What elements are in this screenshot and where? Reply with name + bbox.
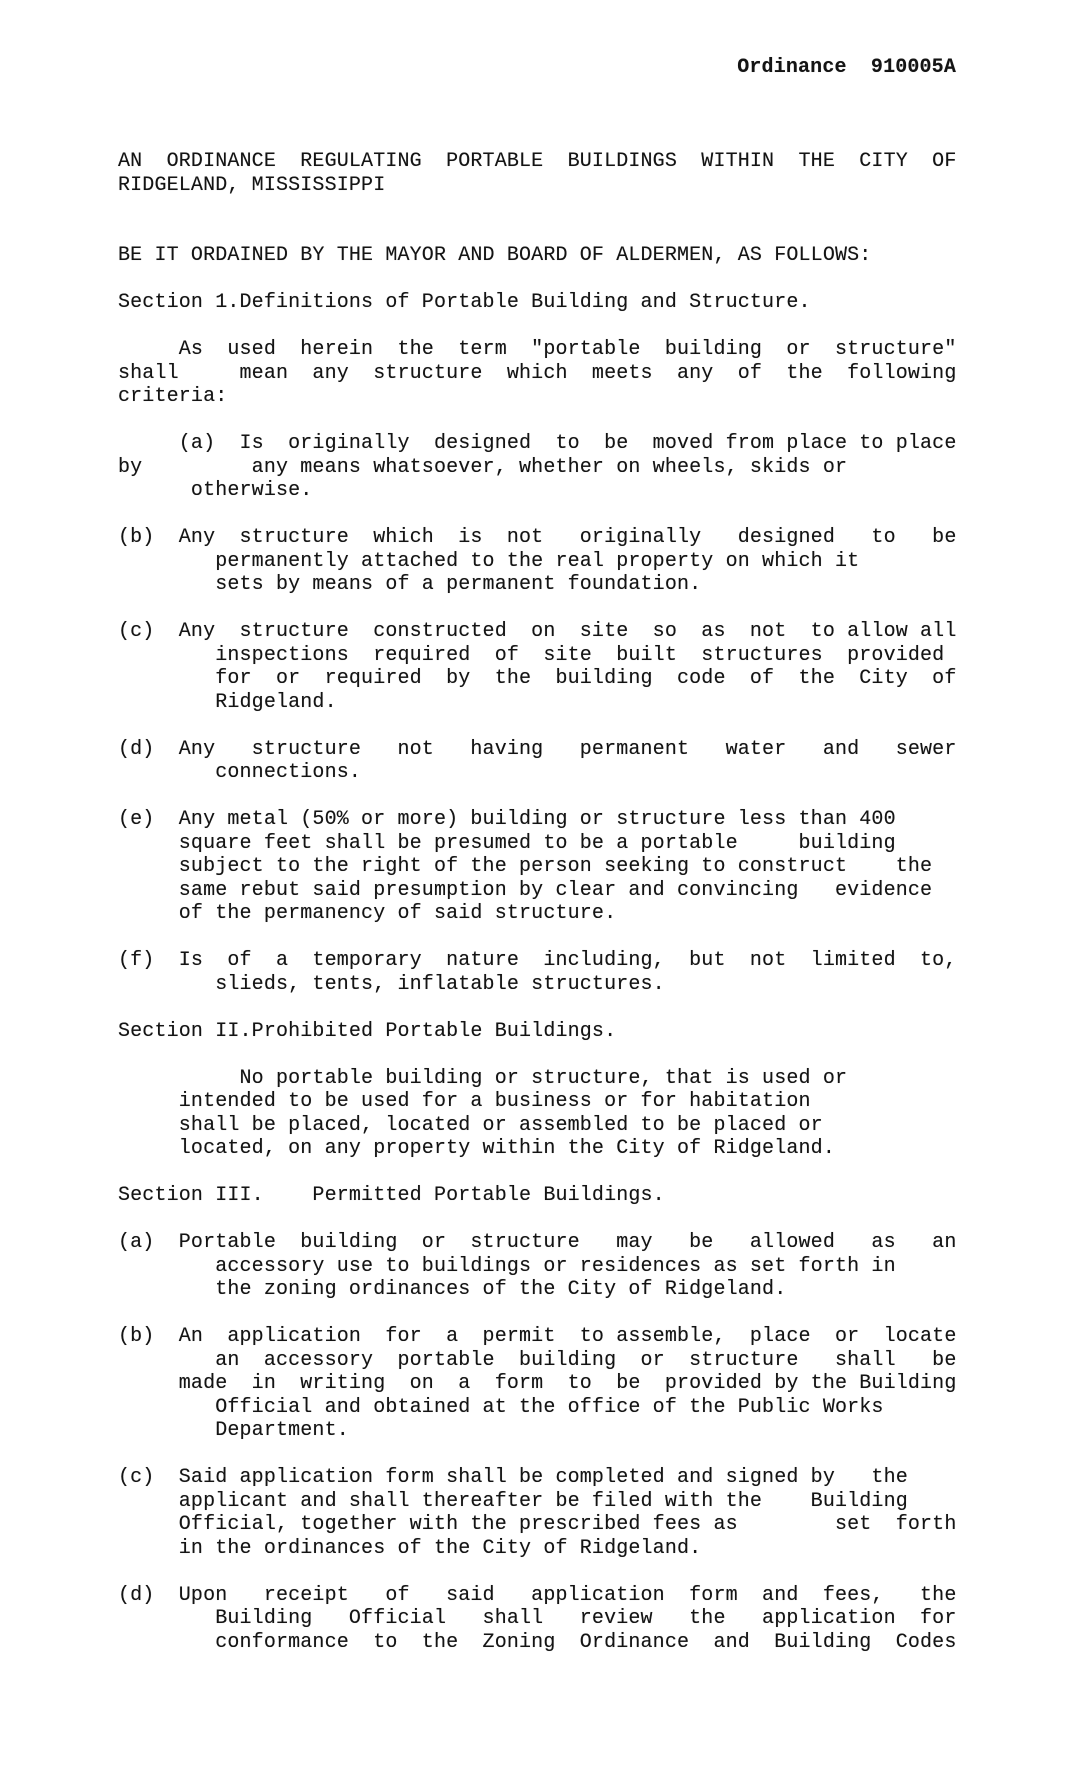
document-line: (e) Any metal (50% or more) building or … xyxy=(118,808,978,832)
document-line: subject to the right of the person seeki… xyxy=(118,855,978,879)
document-line: RIDGELAND, MISSISSIPPI xyxy=(118,174,978,198)
document-line: (d) Upon receipt of said application for… xyxy=(118,1584,978,1608)
document-line: (c) Any structure constructed on site so… xyxy=(118,620,978,644)
document-line: of the permanency of said structure. xyxy=(118,902,978,926)
document-line: an accessory portable building or struct… xyxy=(118,1349,978,1373)
document-line xyxy=(118,221,978,245)
document-line: Section 1.Definitions of Portable Buildi… xyxy=(118,291,978,315)
document-line: the zoning ordinances of the City of Rid… xyxy=(118,1278,978,1302)
document-line xyxy=(118,785,978,809)
document-line: (a) Portable building or structure may b… xyxy=(118,1231,978,1255)
document-line: applicant and shall thereafter be filed … xyxy=(118,1490,978,1514)
document-line: (a) Is originally designed to be moved f… xyxy=(118,432,978,456)
document-line: (f) Is of a temporary nature including, … xyxy=(118,949,978,973)
document-line: Section III. Permitted Portable Building… xyxy=(118,1184,978,1208)
document-line: made in writing on a form to be provided… xyxy=(118,1372,978,1396)
document-line: Official and obtained at the office of t… xyxy=(118,1396,978,1420)
document-line: permanently attached to the real propert… xyxy=(118,550,978,574)
document-line xyxy=(118,1161,978,1185)
document-line xyxy=(118,597,978,621)
document-line: inspections required of site built struc… xyxy=(118,644,978,668)
document-body: AN ORDINANCE REGULATING PORTABLE BUILDIN… xyxy=(118,150,978,1654)
document-line: Official, together with the prescribed f… xyxy=(118,1513,978,1537)
document-line: criteria: xyxy=(118,385,978,409)
document-line: accessory use to buildings or residences… xyxy=(118,1255,978,1279)
document-line: same rebut said presumption by clear and… xyxy=(118,879,978,903)
document-line: Section II.Prohibited Portable Buildings… xyxy=(118,1020,978,1044)
document-line xyxy=(118,996,978,1020)
document-line xyxy=(118,1208,978,1232)
document-line: by any means whatsoever, whether on whee… xyxy=(118,456,978,480)
document-line xyxy=(118,1443,978,1467)
document-line: slieds, tents, inflatable structures. xyxy=(118,973,978,997)
document-line: Department. xyxy=(118,1419,978,1443)
document-line: sets by means of a permanent foundation. xyxy=(118,573,978,597)
document-line xyxy=(118,1302,978,1326)
document-line: Building Official shall review the appli… xyxy=(118,1607,978,1631)
document-line: BE IT ORDAINED BY THE MAYOR AND BOARD OF… xyxy=(118,244,978,268)
document-line xyxy=(118,1043,978,1067)
document-line: square feet shall be presumed to be a po… xyxy=(118,832,978,856)
document-line: shall mean any structure which meets any… xyxy=(118,362,978,386)
document-line: located, on any property within the City… xyxy=(118,1137,978,1161)
document-line xyxy=(118,315,978,339)
document-line xyxy=(118,1560,978,1584)
scanned-ordinance-page: Ordinance 910005A AN ORDINANCE REGULATIN… xyxy=(0,0,1088,1792)
document-line: for or required by the building code of … xyxy=(118,667,978,691)
document-line xyxy=(118,503,978,527)
document-line: No portable building or structure, that … xyxy=(118,1067,978,1091)
document-line xyxy=(118,714,978,738)
document-line xyxy=(118,409,978,433)
document-line: conformance to the Zoning Ordinance and … xyxy=(118,1631,978,1655)
document-line: (b) Any structure which is not originall… xyxy=(118,526,978,550)
document-line xyxy=(118,268,978,292)
document-line: (d) Any structure not having permanent w… xyxy=(118,738,978,762)
document-line: (b) An application for a permit to assem… xyxy=(118,1325,978,1349)
document-line xyxy=(118,926,978,950)
document-line: otherwise. xyxy=(118,479,978,503)
document-line xyxy=(118,197,978,221)
ordinance-number: Ordinance 910005A xyxy=(118,56,956,79)
document-line: in the ordinances of the City of Ridgela… xyxy=(118,1537,978,1561)
document-line: AN ORDINANCE REGULATING PORTABLE BUILDIN… xyxy=(118,150,978,174)
document-line: Ridgeland. xyxy=(118,691,978,715)
document-line: As used herein the term "portable buildi… xyxy=(118,338,978,362)
document-line: connections. xyxy=(118,761,978,785)
document-line: shall be placed, located or assembled to… xyxy=(118,1114,978,1138)
document-line: intended to be used for a business or fo… xyxy=(118,1090,978,1114)
document-line: (c) Said application form shall be compl… xyxy=(118,1466,978,1490)
